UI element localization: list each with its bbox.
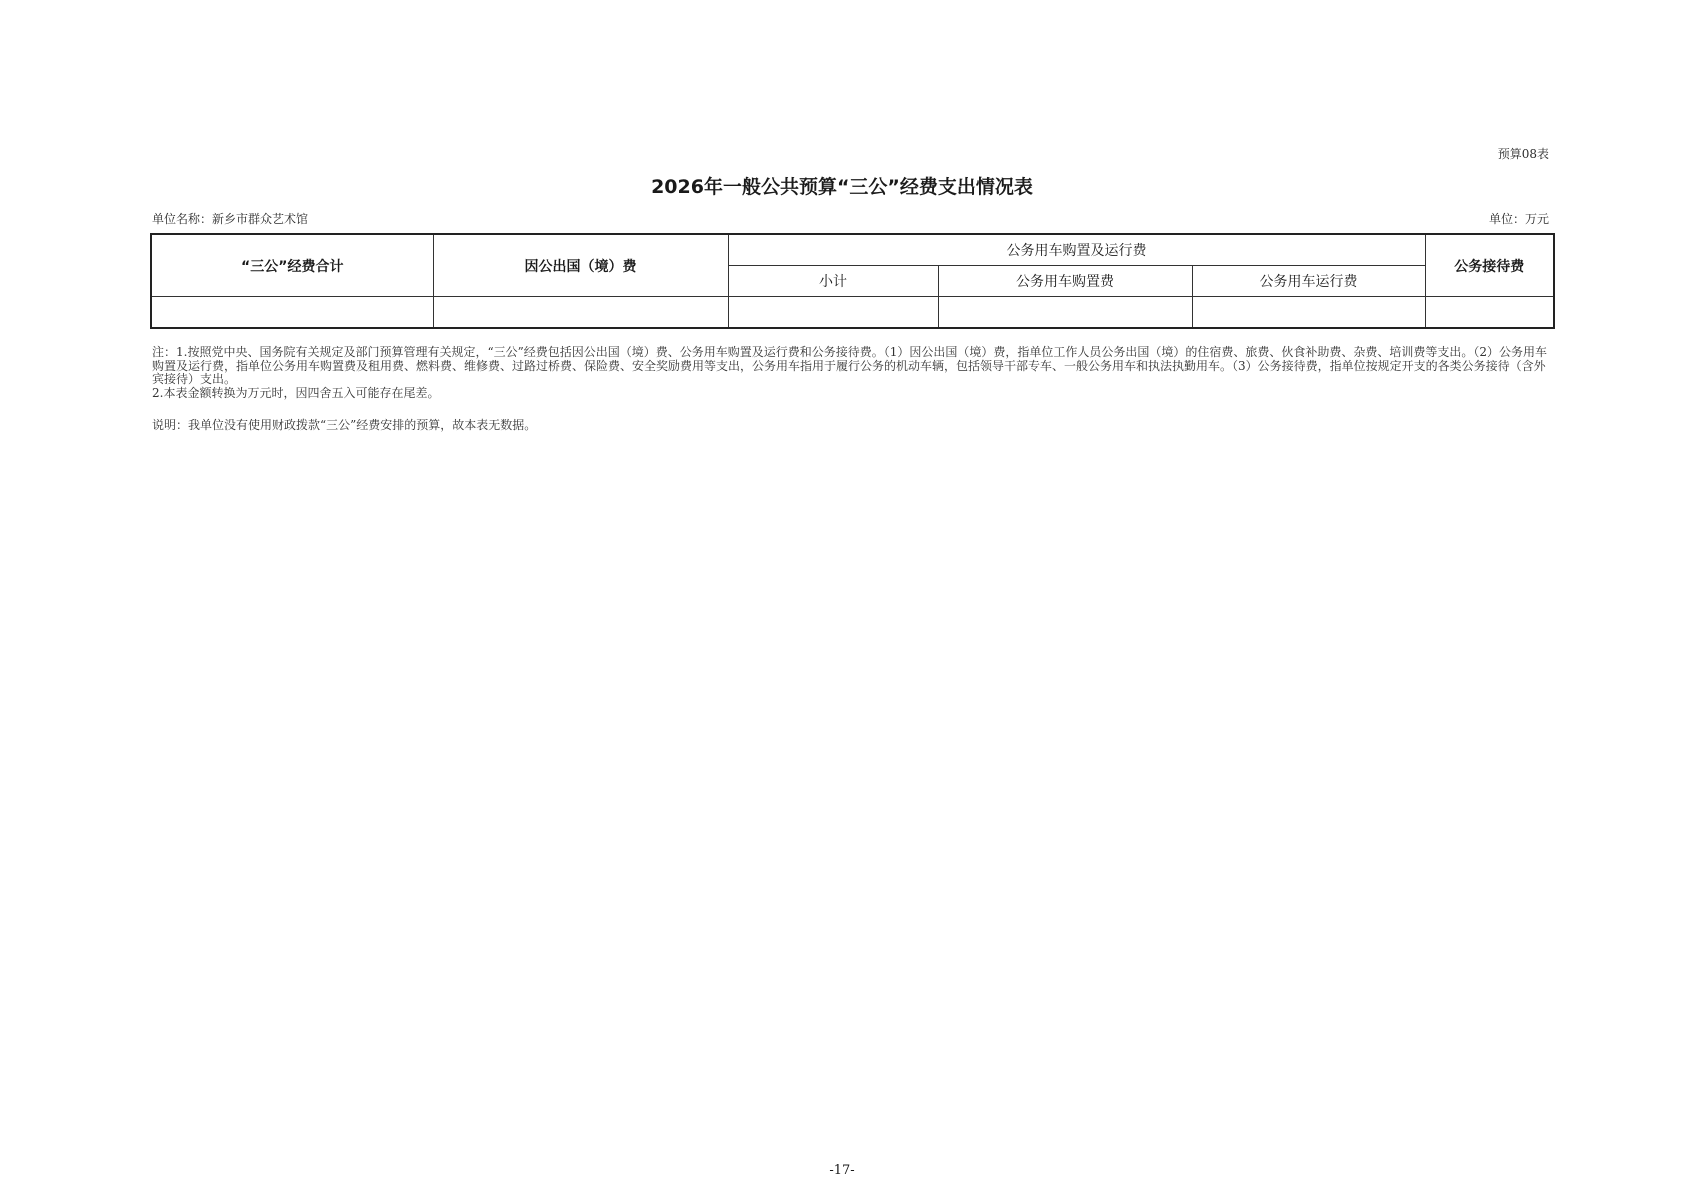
cell-total <box>151 297 433 329</box>
explanation: 说明：我单位没有使用财政拨款“三公”经费安排的预算，故本表无数据。 <box>152 416 536 433</box>
header-total: “三公”经费合计 <box>151 234 433 297</box>
cell-vehicle-purchase <box>938 297 1192 329</box>
page-number: -17- <box>0 1163 1684 1178</box>
notes: 注：1.按照党中央、国务院有关规定及部门预算管理有关规定，“三公”经费包括因公出… <box>152 346 1552 400</box>
form-code: 预算08表 <box>1498 145 1549 162</box>
header-vehicle-purchase: 公务用车购置费 <box>938 266 1192 297</box>
header-vehicle-group: 公务用车购置及运行费 <box>728 234 1425 266</box>
three-public-expenses-table: “三公”经费合计 因公出国（境）费 公务用车购置及运行费 公务接待费 小计 公务… <box>150 233 1555 329</box>
header-vehicle-subtotal: 小计 <box>728 266 938 297</box>
header-vehicle-operation: 公务用车运行费 <box>1192 266 1425 297</box>
note-2: 2.本表金额转换为万元时，因四舍五入可能存在尾差。 <box>152 387 1552 401</box>
cell-reception <box>1425 297 1554 329</box>
currency-unit: 单位：万元 <box>1489 210 1549 227</box>
unit-name: 单位名称：新乡市群众艺术馆 <box>152 210 308 227</box>
cell-overseas <box>433 297 728 329</box>
cell-vehicle-operation <box>1192 297 1425 329</box>
page-title: 2026年一般公共预算“三公”经费支出情况表 <box>0 172 1684 199</box>
cell-vehicle-subtotal <box>728 297 938 329</box>
note-1: 注：1.按照党中央、国务院有关规定及部门预算管理有关规定，“三公”经费包括因公出… <box>152 346 1552 387</box>
table-row <box>151 297 1554 329</box>
header-overseas: 因公出国（境）费 <box>433 234 728 297</box>
header-reception: 公务接待费 <box>1425 234 1554 297</box>
